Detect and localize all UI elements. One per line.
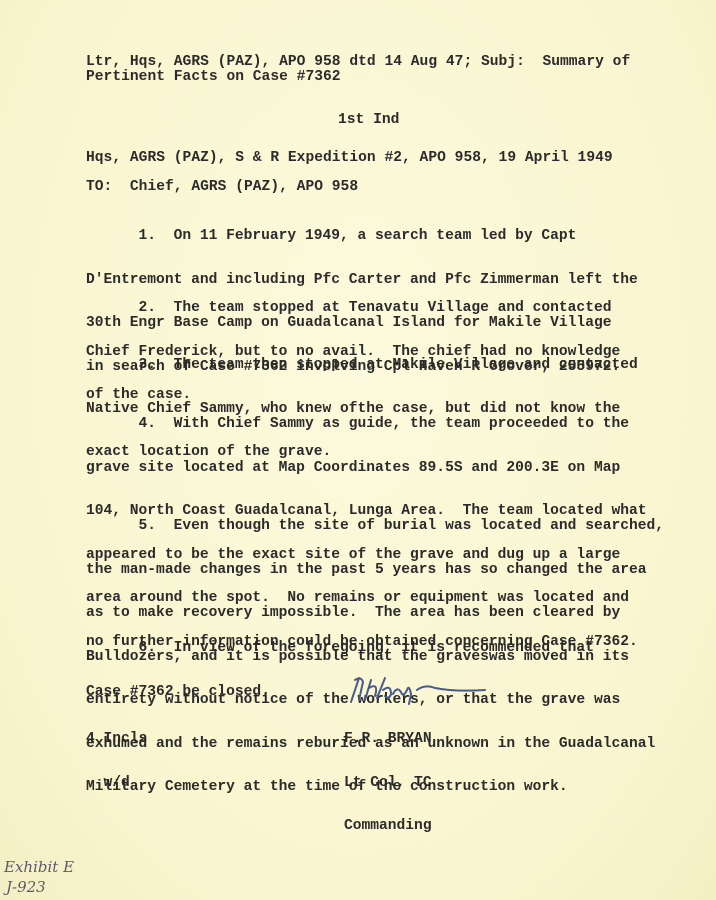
- signature-block: F.R. BRYAN Lt Col, TC Commanding: [344, 703, 544, 863]
- signer-title: Commanding: [344, 819, 544, 834]
- document-page: Ltr, Hqs, AGRS (PAZ), APO 958 dtd 14 Aug…: [0, 0, 716, 900]
- signer-name: F.R. BRYAN: [344, 732, 544, 747]
- handwritten-file-number: J-923: [6, 878, 46, 896]
- paragraph-line: 5. Even though the site of burial was lo…: [86, 519, 686, 534]
- handwritten-exhibit-label: Exhibit E: [4, 858, 74, 876]
- paragraph-line: the man-made changes in the past 5 years…: [86, 563, 686, 578]
- paragraph-line: 6. In view of the foregoing, it is recom…: [86, 641, 686, 656]
- paragraph-line: 2. The team stopped at Tenavatu Village …: [86, 301, 686, 316]
- reference-line-1: Ltr, Hqs, AGRS (PAZ), APO 958 dtd 14 Aug…: [86, 55, 630, 70]
- from-line: Hqs, AGRS (PAZ), S & R Expedition #2, AP…: [86, 151, 613, 166]
- to-line: TO: Chief, AGRS (PAZ), APO 958: [86, 180, 358, 195]
- paragraph-line: 3. The team then stopped at Makile Villa…: [86, 358, 686, 373]
- paragraph-line: grave site located at Map Coordinates 89…: [86, 461, 686, 476]
- paragraph-line: 1. On 11 February 1949, a search team le…: [86, 229, 686, 244]
- reference-line-2: Pertinent Facts on Case #7362: [86, 70, 341, 85]
- signer-rank: Lt Col, TC: [344, 776, 544, 791]
- endorsement-heading: 1st Ind: [338, 113, 399, 128]
- paragraph-line: 4. With Chief Sammy as guide, the team p…: [86, 417, 686, 432]
